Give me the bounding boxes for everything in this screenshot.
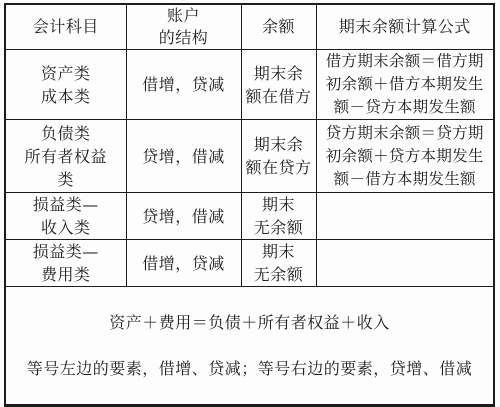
footer-summary-cell: 资产＋费用＝负债＋所有者权益＋收入 等号左边的要素，借增、贷减；等号右边的要素，… (5, 287, 494, 337)
table-row-liabilities-equity: 负债类 所有者权益 类 贷增，借减 期末余 额在贷方 贷方期末余额＝贷方期 初余… (5, 120, 494, 193)
table-row-profit-loss-expense: 损益类— 费用类 借增，贷减 期末 无余额 (5, 240, 494, 287)
cell-subject: 损益类— 收入类 (5, 193, 126, 240)
cell-formula: 贷方期末余额＝贷方期 初余额＋贷方本期发生 额－借方本期发生额 (316, 120, 494, 193)
account-structure-table: 会计科目 账户 的结构 余额 期末余额计算公式 资产类 成本类 借增，贷减 期末… (4, 3, 495, 336)
header-account-subject: 会计科目 (5, 4, 126, 50)
cell-balance: 期末余 额在贷方 (241, 120, 316, 193)
table-row-assets-costs: 资产类 成本类 借增，贷减 期末余 额在借方 借方期末余额＝借方期 初余额＋借方… (5, 50, 494, 120)
cell-balance: 期末余 额在借方 (241, 50, 316, 120)
table-row-profit-loss-income: 损益类— 收入类 贷增，借减 期末 无余额 (5, 193, 494, 240)
table-header-row: 会计科目 账户 的结构 余额 期末余额计算公式 (5, 4, 494, 50)
cell-structure: 贷增，借减 (126, 193, 241, 240)
cell-formula-empty (316, 240, 494, 287)
cell-formula-empty (316, 193, 494, 240)
header-account-structure: 账户 的结构 (126, 4, 241, 50)
accounting-table-sheet: 会计科目 账户 的结构 余额 期末余额计算公式 资产类 成本类 借增，贷减 期末… (4, 3, 495, 336)
cell-structure: 借增，贷减 (126, 240, 241, 287)
cell-structure: 借增，贷减 (126, 50, 241, 120)
cell-formula: 借方期末余额＝借方期 初余额＋借方本期发生 额－贷方本期发生额 (316, 50, 494, 120)
cell-balance: 期末 无余额 (241, 240, 316, 287)
cell-balance: 期末 无余额 (241, 193, 316, 240)
cell-structure: 贷增，借减 (126, 120, 241, 193)
table-footer-row: 资产＋费用＝负债＋所有者权益＋收入 等号左边的要素，借增、贷减；等号右边的要素，… (5, 287, 494, 337)
cell-subject: 负债类 所有者权益 类 (5, 120, 126, 193)
header-ending-balance-formula: 期末余额计算公式 (316, 4, 494, 50)
cell-subject: 资产类 成本类 (5, 50, 126, 120)
header-balance: 余额 (241, 4, 316, 50)
cell-subject: 损益类— 费用类 (5, 240, 126, 287)
accounting-equation: 资产＋费用＝负债＋所有者权益＋收入 (6, 311, 493, 334)
